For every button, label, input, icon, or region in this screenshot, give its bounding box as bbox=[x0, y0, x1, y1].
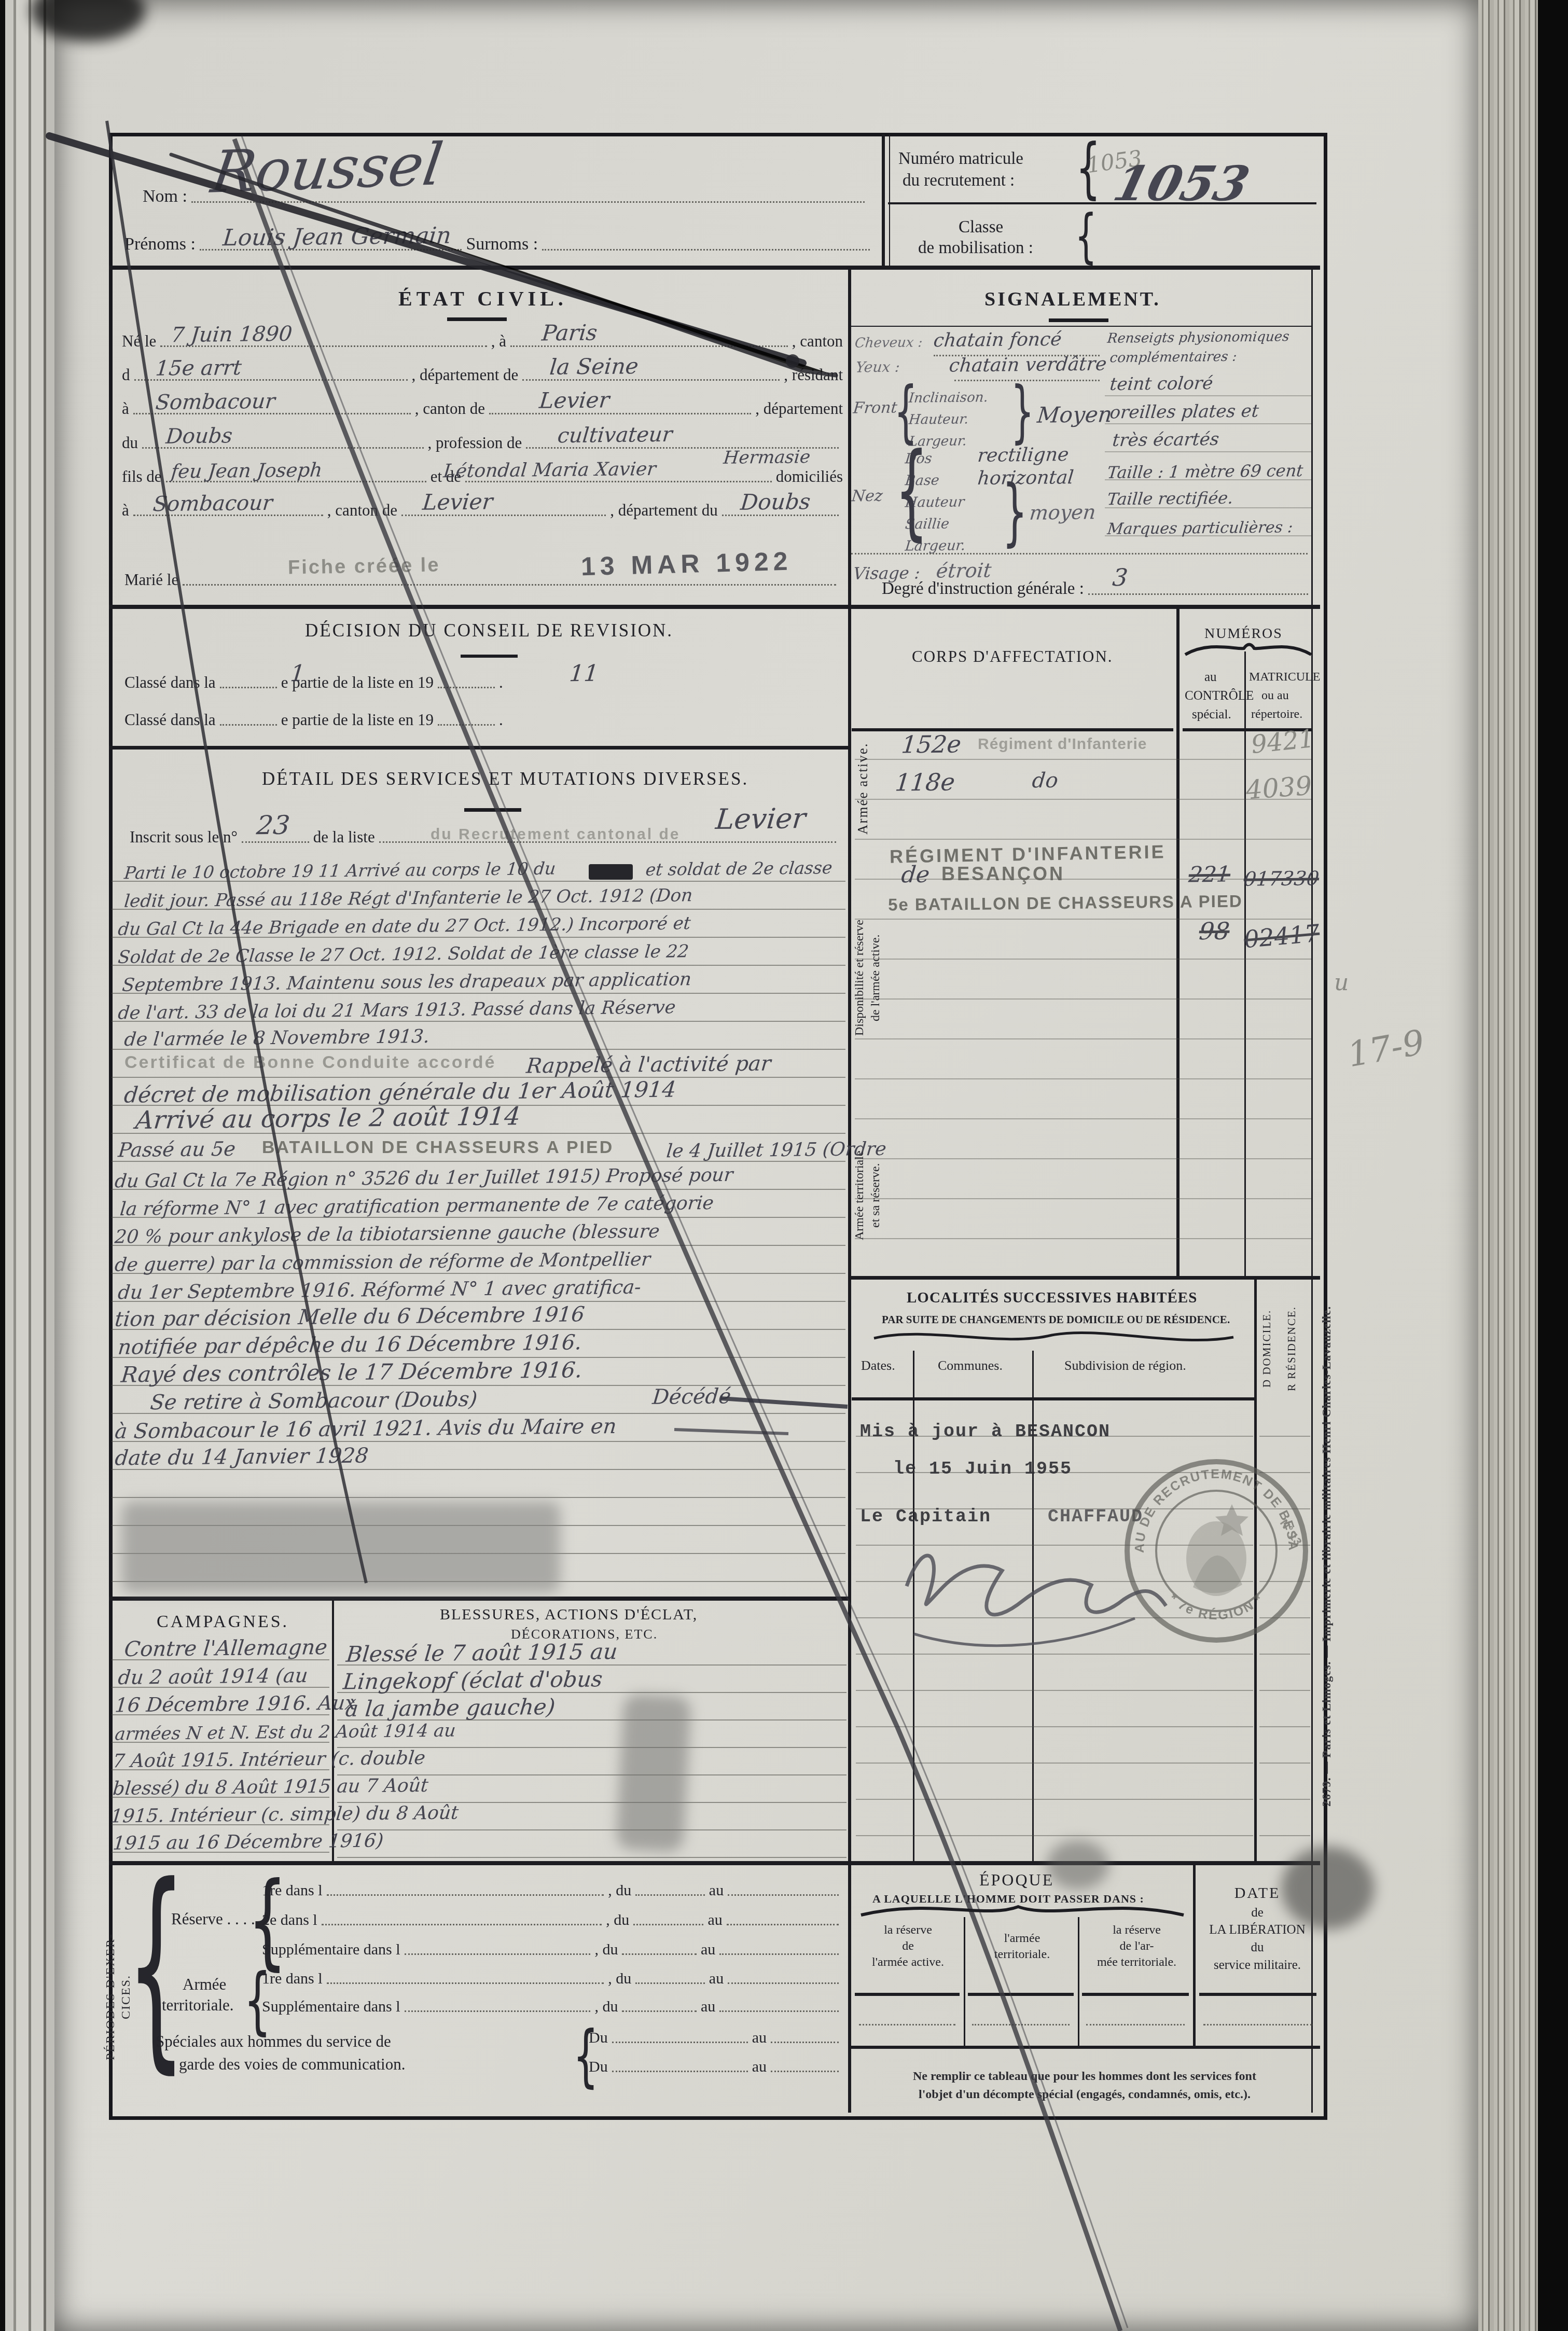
col-line: de bbox=[855, 1938, 961, 1954]
epoque-head-rule-1 bbox=[855, 1993, 960, 1996]
rule-localites-top bbox=[848, 1276, 1320, 1280]
armee-active-label: Armée active. bbox=[855, 737, 871, 840]
label: , département du bbox=[610, 501, 717, 520]
ec-value: Levier bbox=[538, 387, 611, 413]
header-divider-inner bbox=[889, 134, 890, 269]
domicile-vertical-label: D DOMICILE. bbox=[1260, 1281, 1273, 1416]
speciales-label-1: Spéciales aux hommes du service de bbox=[156, 2032, 391, 2051]
label: fils de bbox=[122, 467, 162, 486]
num-017330-crossed: 017330 bbox=[1243, 867, 1320, 891]
epoque-head-rule-2 bbox=[968, 1993, 1074, 1996]
epoque-title: ÉPOQUE bbox=[979, 1870, 1054, 1890]
label: , du bbox=[594, 1998, 618, 2016]
label-line: de l'armée active. bbox=[868, 851, 884, 1105]
right-inner-rule bbox=[1311, 270, 1313, 2113]
label: , département de bbox=[412, 366, 519, 384]
label: , canton bbox=[792, 332, 843, 351]
front-item: Inclinaison. bbox=[908, 390, 989, 406]
signalement-title: SIGNALEMENT. bbox=[984, 288, 1161, 311]
typed-chaffaud: CHAFFAUD bbox=[1048, 1506, 1143, 1527]
service-line: de l'armée le 8 Novembre 1913. bbox=[123, 1026, 431, 1050]
ink-smudge-services bbox=[122, 1502, 560, 1592]
header-bottom-rule bbox=[109, 266, 1320, 270]
front-value: Moyen bbox=[1036, 401, 1114, 428]
decision-year-value: 11 bbox=[568, 660, 600, 687]
note: oreilles plates et bbox=[1109, 401, 1260, 423]
col-line: mée territoriale. bbox=[1083, 1954, 1190, 1971]
localites-dr-ruling bbox=[1259, 1400, 1310, 1861]
label: Classé dans la bbox=[124, 711, 216, 729]
marques-label: Marques particulières : bbox=[1106, 518, 1294, 538]
front-item: Hauteur. bbox=[908, 411, 969, 427]
register-page: Nom : Roussel Prénoms : Surnoms : Louis … bbox=[0, 0, 1568, 2331]
localites-div-3 bbox=[1254, 1278, 1257, 1862]
epoque-dotline-2 bbox=[972, 2024, 1070, 2025]
epoque-div-1 bbox=[964, 1917, 965, 2047]
campagnes-title: CAMPAGNES. bbox=[157, 1612, 289, 1632]
header-mid-rule bbox=[888, 202, 1316, 204]
typed-mis-a-jour: Mis à jour à BESANCON bbox=[860, 1421, 1111, 1442]
corps-118: 118e bbox=[894, 768, 956, 796]
service-line: Rayé des contrôles le 17 Décembre 1916. bbox=[120, 1357, 584, 1387]
label: 1re dans l bbox=[262, 1970, 323, 1988]
corps-118-matricule: 4039 bbox=[1245, 771, 1313, 806]
blessure-line: Blessé le 7 août 1915 au bbox=[345, 1639, 618, 1667]
armee-terr-label-2: territoriale. bbox=[162, 1996, 234, 2015]
blessure-line: à la jambe gauche) bbox=[344, 1694, 556, 1722]
label: , du bbox=[608, 1970, 631, 1988]
ink-blot-epoque bbox=[1047, 1840, 1109, 1890]
label-line: PÉRIODES D'EXER- bbox=[103, 1919, 118, 2075]
label: au bbox=[701, 1998, 715, 2016]
label: au bbox=[752, 2058, 767, 2076]
corps-header: CORPS D'AFFECTATION. bbox=[912, 647, 1113, 666]
fiche-creee-stamp: Fiche créée le bbox=[288, 554, 440, 579]
col-line: LA LIBÉRATION bbox=[1198, 1921, 1316, 1939]
label: 2e dans l bbox=[262, 1911, 317, 1929]
label: Classé dans la bbox=[124, 673, 216, 692]
nez-item: Hauteur bbox=[904, 494, 965, 510]
col-line: territoriale. bbox=[969, 1947, 1075, 1963]
taille-value: Taille : 1 mètre 69 cent bbox=[1106, 461, 1304, 482]
cheveux-value: chatain foncé bbox=[933, 329, 1063, 352]
matricule-value: 1053 bbox=[1108, 156, 1255, 212]
label: , résidant bbox=[784, 366, 843, 384]
degre-value: 3 bbox=[1111, 563, 1129, 591]
service-line: notifiée par dépêche du 16 Décembre 1916… bbox=[117, 1330, 582, 1359]
nez-label: Nez bbox=[851, 487, 883, 506]
cheveux-label: Cheveux : bbox=[854, 335, 924, 351]
label: Inscrit sous le n° bbox=[130, 828, 238, 847]
ec-value: Hermasie bbox=[723, 447, 811, 468]
classe-label-1: Classe bbox=[959, 218, 1003, 237]
controle-header: au bbox=[1204, 670, 1217, 685]
rule-epoque-bottom bbox=[848, 2046, 1320, 2049]
periodes-row-2: 2e dans l , du au bbox=[262, 1911, 843, 1929]
matricule-header: répertoire. bbox=[1251, 707, 1302, 721]
publisher-line: 2679. — Paris et Limoges. — Imprimerie e… bbox=[1320, 1214, 1334, 1898]
periodes-row-5: Supplémentaire dans l , du au bbox=[262, 1998, 843, 2016]
matricule-label-2: du recrutement : bbox=[903, 171, 1015, 190]
ec-value: Létondal Maria Xavier bbox=[442, 459, 657, 482]
corps-152-stamp: Régiment d'Infanterie bbox=[978, 736, 1147, 753]
periodes-row-7: Du au bbox=[589, 2058, 843, 2076]
classe-brace: { bbox=[1075, 212, 1097, 261]
ec-value: 7 Juin 1890 bbox=[170, 322, 294, 347]
decision-row-2: Classé dans la e partie de la liste en 1… bbox=[124, 711, 648, 729]
residence-vertical-label: R RÉSIDENCE. bbox=[1285, 1281, 1298, 1416]
book-left-page-edges bbox=[0, 0, 54, 2331]
book-right-page-edges bbox=[1478, 0, 1538, 2331]
corps-ruling bbox=[855, 720, 1311, 1271]
rule-decision-bottom bbox=[109, 746, 848, 750]
label: , du bbox=[594, 1941, 618, 1959]
nom-value: Roussel bbox=[207, 131, 447, 206]
label: Né le bbox=[122, 332, 156, 351]
column-divider bbox=[848, 270, 851, 2113]
ec-value: Doubs bbox=[740, 489, 812, 515]
epoque-subtitle: A LAQUELLE L'HOMME DOIT PASSER DANS : bbox=[872, 1892, 1144, 1906]
degre-label: Degré d'instruction générale : bbox=[882, 579, 1084, 599]
num-221-crossed: 221 bbox=[1188, 862, 1232, 887]
num-98-crossed: 98 bbox=[1198, 917, 1231, 946]
campagne-line: du 2 août 1914 (au bbox=[117, 1664, 309, 1689]
note: complémentaires : bbox=[1109, 349, 1238, 366]
label: 1re dans l bbox=[262, 1882, 323, 1899]
label: , département bbox=[755, 399, 843, 418]
label-line: et sa réserve. bbox=[868, 1120, 884, 1271]
label: , canton de bbox=[415, 399, 485, 418]
label: d bbox=[122, 366, 130, 384]
label: , du bbox=[606, 1911, 629, 1929]
note: Renseigts physionomiques bbox=[1106, 329, 1290, 346]
ec-value: la Seine bbox=[549, 353, 640, 380]
col-line: du bbox=[1198, 1939, 1316, 1957]
matricule-header: ou au bbox=[1261, 689, 1289, 703]
ec-value: Sombacour bbox=[152, 491, 274, 516]
periodes-row-6: Du au bbox=[589, 2029, 843, 2047]
stamp-de: de bbox=[900, 862, 931, 889]
services-title: DÉTAIL DES SERVICES ET MUTATIONS DIVERSE… bbox=[262, 769, 748, 789]
label: au bbox=[707, 1911, 722, 1929]
label: , du bbox=[608, 1882, 631, 1899]
armee-terr-label-1: Armée bbox=[183, 1975, 226, 1994]
controle-header: CONTRÔLE bbox=[1185, 689, 1254, 703]
localites-subtitle: PAR SUITE DE CHANGEMENTS DE DOMICILE OU … bbox=[882, 1313, 1230, 1326]
decision-title: DÉCISION DU CONSEIL DE REVISION. bbox=[305, 620, 673, 641]
nom-label: Nom : bbox=[143, 187, 187, 206]
campagne-line: Contre l'Allemagne bbox=[123, 1635, 329, 1661]
nez-brace-close: } bbox=[1002, 481, 1028, 543]
ec-value: cultivateur bbox=[557, 423, 673, 448]
visage-value: étroit bbox=[935, 559, 993, 582]
col-line: service militaire. bbox=[1198, 1957, 1316, 1974]
typed-capitain: Le Capitain bbox=[860, 1506, 991, 1527]
dotline bbox=[851, 553, 1308, 554]
matricule-label-1: Numéro matricule bbox=[898, 149, 1023, 169]
decision-underline bbox=[461, 655, 518, 658]
label: au bbox=[709, 1882, 724, 1899]
armee-territoriale-label: Armée territoriale et sa réserve. bbox=[852, 1120, 884, 1271]
front-label: Front bbox=[852, 399, 898, 418]
label: du bbox=[122, 434, 138, 452]
service-line: Passé au 5e bbox=[117, 1137, 237, 1161]
disponibilite-label: Disponibilité et réserve de l'armée acti… bbox=[852, 851, 884, 1105]
typed-date: le 15 Juin 1955 bbox=[893, 1459, 1072, 1479]
bcp-stamp: BATAILLON DE CHASSEURS A PIED bbox=[262, 1137, 614, 1158]
numeros-header: NUMÉROS bbox=[1204, 626, 1283, 642]
nez-dos-value: rectiligne bbox=[977, 444, 1070, 466]
service-line: date du 14 Janvier 1928 bbox=[114, 1444, 370, 1470]
marie-label: Marié le bbox=[124, 571, 178, 589]
classe-label-2: de mobilisation : bbox=[918, 239, 1033, 258]
matricule-header: MATRICULE bbox=[1249, 670, 1320, 684]
label-line: Armée territoriale bbox=[852, 1120, 868, 1271]
ec-value: Paris bbox=[541, 320, 599, 345]
label: e partie de la liste en 19 bbox=[281, 711, 434, 729]
inscrit-num: 23 bbox=[255, 810, 291, 841]
epoque-col2: l'armée territoriale. bbox=[969, 1931, 1075, 1963]
ec-value: Levier bbox=[422, 489, 494, 515]
label: au bbox=[701, 1941, 715, 1959]
etat-civil-title: ÉTAT CIVIL. bbox=[398, 286, 567, 311]
rule-campagnes-top bbox=[109, 1597, 848, 1601]
nez-value: moyen bbox=[1029, 501, 1097, 524]
service-line: tion par décision Melle du 6 Décembre 19… bbox=[114, 1302, 586, 1331]
rule-y1170 bbox=[109, 605, 1320, 609]
rule-epoque-top bbox=[109, 1861, 1320, 1865]
epoque-head-rule-3 bbox=[1082, 1993, 1189, 1996]
nez-item: Base bbox=[904, 473, 940, 489]
label: à bbox=[122, 501, 129, 520]
campagne-line: 16 Décembre 1916. Aux bbox=[114, 1691, 357, 1717]
label: domiciliés bbox=[776, 467, 843, 486]
degre-row: Degré d'instruction générale : bbox=[882, 579, 1312, 599]
rule-signalement-top bbox=[851, 326, 1311, 327]
label: Supplémentaire dans l bbox=[262, 1998, 400, 2016]
label: Du bbox=[589, 2029, 608, 2047]
redaction-blot bbox=[589, 864, 633, 880]
epoque-dotline-3 bbox=[1086, 2024, 1185, 2025]
ink-smear-blessures bbox=[616, 1694, 691, 1852]
epoque-head-rule-4 bbox=[1199, 1993, 1316, 1996]
header-divider bbox=[882, 134, 885, 269]
nez-item: Largeur. bbox=[904, 537, 966, 554]
ec-value: 15e arrt bbox=[155, 356, 243, 381]
col-line: de l'ar- bbox=[1083, 1938, 1190, 1954]
etat-civil-underline bbox=[447, 317, 507, 321]
blessure-line: Lingekopf (éclat d'obus bbox=[342, 1666, 603, 1694]
epoque-dotline-4 bbox=[1203, 2024, 1312, 2025]
service-line: Décédé bbox=[651, 1384, 732, 1409]
taille-rect: Taille rectifiée. bbox=[1106, 488, 1234, 509]
label: de la liste bbox=[313, 828, 375, 847]
prenoms-label: Prénoms : bbox=[124, 234, 196, 254]
reserve-label: Réserve . . . . bbox=[171, 1910, 255, 1928]
nez-item: Dos bbox=[905, 451, 933, 467]
service-line: Se retire à Sombacour (Doubs) bbox=[149, 1387, 478, 1415]
services-underline bbox=[464, 808, 521, 812]
ink-blot-corner bbox=[1281, 1847, 1375, 1930]
periodes-row-1: 1re dans l , du au bbox=[262, 1882, 843, 1899]
decision-part-value: 1 bbox=[289, 660, 307, 687]
note: teint coloré bbox=[1109, 373, 1214, 395]
localites-col-communes: Communes. bbox=[938, 1358, 1003, 1373]
bonne-conduite-stamp: Certificat de Bonne Conduite accordé bbox=[124, 1052, 496, 1073]
epoque-dotline-1 bbox=[859, 2024, 955, 2025]
col-line: la réserve bbox=[855, 1922, 961, 1938]
col-line: l'armée active. bbox=[855, 1954, 961, 1971]
label: , profession de bbox=[428, 434, 522, 452]
blessures-title-1: BLESSURES, ACTIONS D'ÉCLAT, bbox=[440, 1606, 698, 1624]
periodes-row-4: 1re dans l , du au bbox=[262, 1970, 843, 1988]
col-line: la réserve bbox=[1083, 1922, 1190, 1938]
prenoms-value: Louis Jean Germain bbox=[221, 223, 452, 252]
note: très écartés bbox=[1112, 429, 1220, 451]
stamp-besancon: BESANÇON bbox=[941, 863, 1065, 885]
dotline bbox=[934, 355, 1100, 356]
ec-value: feu Jean Joseph bbox=[170, 459, 323, 482]
epoque-col1: la réserve de l'armée active. bbox=[855, 1922, 961, 1971]
label: , canton de bbox=[327, 501, 397, 520]
surnoms-leader bbox=[542, 249, 870, 251]
label: Du bbox=[589, 2058, 608, 2076]
label: Supplémentaire dans l bbox=[262, 1941, 400, 1959]
ec-value: Sombacour bbox=[155, 390, 276, 414]
date-stamp: 13 MAR 1922 bbox=[580, 546, 793, 582]
signalement-underline bbox=[1049, 318, 1108, 322]
margin-pencil-u: u bbox=[1334, 969, 1349, 996]
ec-value: Doubs bbox=[165, 424, 234, 448]
label: au bbox=[709, 1970, 724, 1988]
periodes-row-3: Supplémentaire dans l , du au bbox=[262, 1941, 843, 1959]
label: . bbox=[499, 711, 503, 729]
service-line: et soldat de 2e classe bbox=[645, 857, 834, 880]
epoque-note: Ne remplir ce tableau que pour les homme… bbox=[857, 2068, 1312, 2104]
col-line: l'armée bbox=[969, 1931, 1075, 1947]
label: , à bbox=[491, 332, 506, 351]
service-line: Arrivé au corps le 2 août 1914 bbox=[134, 1102, 522, 1135]
front-brace-close: } bbox=[1011, 383, 1034, 440]
localites-title: LOCALITÉS SUCCESSIVES HABITÉES bbox=[907, 1289, 1197, 1307]
corps-152: 152e bbox=[900, 730, 962, 758]
periodes-big-brace: { bbox=[127, 1874, 186, 2059]
epoque-col3: la réserve de l'ar- mée territoriale. bbox=[1083, 1922, 1190, 1971]
note-line: Ne remplir ce tableau que pour les homme… bbox=[857, 2068, 1312, 2086]
corps-118-do: do bbox=[1031, 769, 1059, 793]
label-line: Disponibilité et réserve bbox=[852, 851, 868, 1105]
recrutement-stamp: du Recrutement cantonal de bbox=[431, 826, 680, 843]
localites-col-subdivision: Subdivision de région. bbox=[1064, 1358, 1186, 1373]
inscrit-place: Levier bbox=[714, 802, 808, 836]
epoque-div-3 bbox=[1193, 1863, 1196, 2047]
note-line: l'objet d'un décompte spécial (engagés, … bbox=[857, 2086, 1312, 2104]
label: au bbox=[752, 2029, 767, 2047]
speciales-label-2: garde des voies de communication. bbox=[179, 2055, 405, 2074]
nez-item: Saillie bbox=[904, 516, 950, 533]
service-line: Rappelé à l'activité par bbox=[525, 1052, 772, 1078]
label: . bbox=[499, 673, 503, 692]
epoque-div-2 bbox=[1078, 1917, 1079, 2047]
label: à bbox=[122, 399, 129, 418]
localites-col-dates: Dates. bbox=[861, 1358, 895, 1373]
surnoms-label: Surnoms : bbox=[466, 234, 538, 254]
stamp-5e-bcp: 5e BATAILLON DE CHASSEURS A PIED bbox=[888, 891, 1243, 914]
